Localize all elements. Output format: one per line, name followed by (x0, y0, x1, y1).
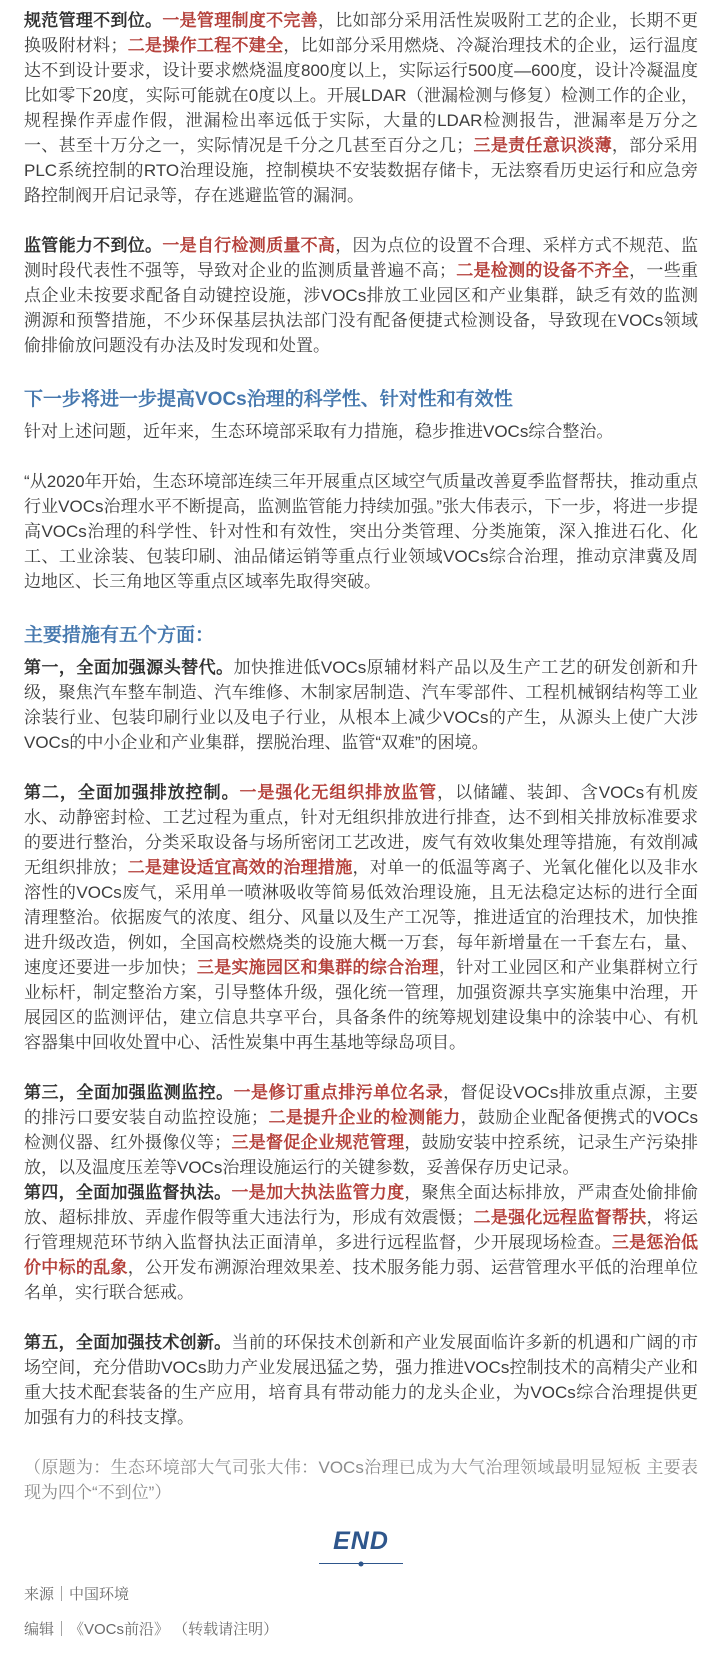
para-intro: 针对上述问题，近年来，生态环境部采取有力措施，稳步推进VOCs综合整治。 (24, 419, 698, 444)
text-segment-redbold: 二是检测的设备不齐全 (456, 261, 629, 280)
text-segment-redbold: 二是建设适宜高效的治理措施 (127, 858, 352, 877)
text-segment-bold: 第一，全面加强源头替代。 (24, 658, 234, 677)
para-measure-4: 第四，全面加强监督执法。一是加大执法监管力度，聚焦全面达标排放，严肃查处偷排偷放… (24, 1180, 698, 1305)
text-segment-redbold: 三是实施园区和集群的综合治理 (197, 958, 439, 977)
text-segment-bold: 第四，全面加强监督执法。 (24, 1183, 231, 1202)
text-segment-redbold: 一是自行检测质量不高 (162, 236, 335, 255)
source-line: 来源｜中国环境 (24, 1584, 698, 1606)
article-footer: 来源｜中国环境编辑｜《VOCs前沿》 （转载请注明） (24, 1584, 698, 1641)
para-measure-2: 第二，全面加强排放控制。一是强化无组织排放监管，以储罐、装卸、含VOCs有机废水… (24, 780, 698, 1055)
para-standard-management: 规范管理不到位。一是管理制度不完善，比如部分采用活性炭吸附工艺的企业，长期不更换… (24, 8, 698, 208)
text-segment-redbold: 一是修订重点排污单位名录 (234, 1083, 444, 1102)
text-segment-redbold: 一是强化无组织排放监管 (240, 783, 438, 802)
editor-line: 编辑｜《VOCs前沿》 （转载请注明） (24, 1619, 698, 1641)
original-title-note: （原题为：生态环境部大气司张大伟：VOCs治理已成为大气治理领域最明显短板 主要… (24, 1455, 698, 1505)
end-label: END (333, 1527, 389, 1556)
text-segment-redbold: 二是强化远程监督帮扶 (473, 1208, 646, 1227)
para-measure-1: 第一，全面加强源头替代。加快推进低VOCs原辅材料产品以及生产工艺的研发创新和升… (24, 655, 698, 755)
heading-five-measures: 主要措施有五个方面： (24, 622, 698, 649)
text-segment-redbold: 一是管理制度不完善 (162, 11, 318, 30)
para-supervision-capacity: 监管能力不到位。一是自行检测质量不高，因为点位的设置不合理、采样方式不规范、监测… (24, 233, 698, 358)
end-divider (319, 1563, 403, 1564)
article-page: 规范管理不到位。一是管理制度不完善，比如部分采用活性炭吸附工艺的企业，长期不更换… (0, 0, 718, 1680)
para-measure-3: 第三，全面加强监测监控。一是修订重点排污单位名录，督促设VOCs排放重点源，主要… (24, 1080, 698, 1180)
text-segment-normal: “从2020年开始，生态环境部连续三年开展重点区域空气质量改善夏季监督帮扶，推动… (24, 472, 698, 591)
text-segment-redbold: 一是加大执法监管力度 (231, 1183, 404, 1202)
text-segment-bold: 规范管理不到位。 (24, 11, 162, 30)
heading-next-step: 下一步将进一步提高VOCs治理的科学性、针对性和有效性 (24, 386, 698, 413)
end-mark: END (24, 1527, 698, 1564)
text-segment-bold: 第二，全面加强排放控制。 (24, 783, 240, 802)
text-segment-bold: 第五，全面加强技术创新。 (24, 1333, 231, 1352)
para-zhang-dawei-quote: “从2020年开始，生态环境部连续三年开展重点区域空气质量改善夏季监督帮扶，推动… (24, 469, 698, 594)
text-segment-bold: 第三，全面加强监测监控。 (24, 1083, 234, 1102)
text-segment-redbold: 三是督促企业规范管理 (231, 1133, 404, 1152)
text-segment-bold: 监管能力不到位。 (24, 236, 162, 255)
end-divider-dot (359, 1561, 364, 1566)
article-body: 规范管理不到位。一是管理制度不完善，比如部分采用活性炭吸附工艺的企业，长期不更换… (24, 8, 698, 1505)
text-segment-redbold: 二是操作工程不建全 (127, 36, 283, 55)
para-measure-5: 第五，全面加强技术创新。当前的环保技术创新和产业发展面临许多新的机遇和广阔的市场… (24, 1330, 698, 1430)
text-segment-normal: 针对上述问题，近年来，生态环境部采取有力措施，稳步推进VOCs综合整治。 (24, 422, 613, 441)
text-segment-redbold: 三是责任意识淡薄 (473, 136, 612, 155)
text-segment-redbold: 二是提升企业的检测能力 (268, 1108, 461, 1127)
